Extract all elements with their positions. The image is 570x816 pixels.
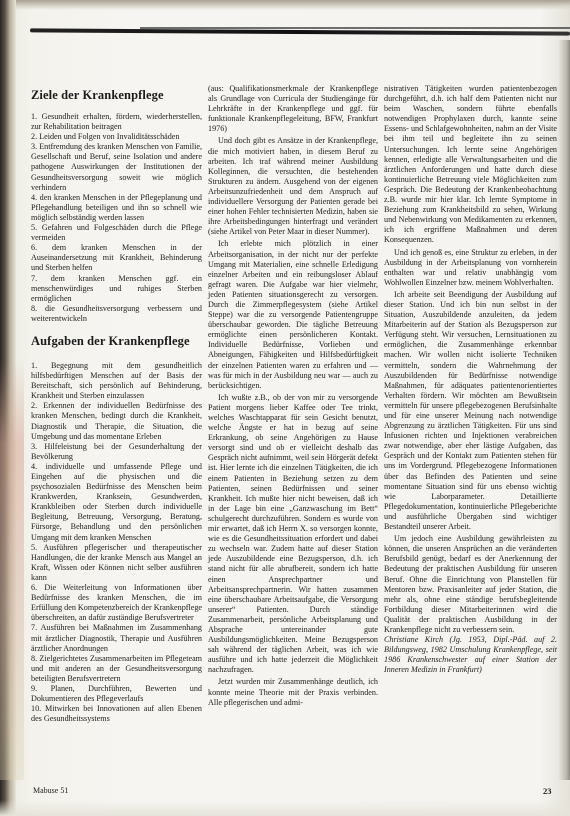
- task-item: 10. Mitwirken bei Innovationen auf allen…: [31, 704, 202, 724]
- body-paragraph: Jetzt wurden mir Zusammenhänge deutlich,…: [208, 677, 378, 707]
- tasks-list: 1. Begegnung mit dem gesundheitlich hilf…: [31, 361, 202, 724]
- body-paragraph: nistrativen Tätigkeiten wurden patienten…: [384, 84, 557, 246]
- task-item: 1. Begegnung mit dem gesundheitlich hilf…: [31, 361, 202, 401]
- goal-item: 6. dem kranken Menschen in der Auseinand…: [31, 243, 202, 273]
- header-rule: [30, 28, 570, 35]
- middle-column: (aus: Qualifikationsmerkmale der Kranken…: [208, 84, 378, 708]
- goal-item: 7. dem kranken Menschen ggf. ein mensche…: [31, 274, 202, 304]
- body-paragraph: Ich arbeite seit Beendigung der Ausbildu…: [384, 290, 557, 532]
- right-column: nistrativen Tätigkeiten wurden patienten…: [384, 84, 557, 675]
- heading-tasks: Aufgaben der Krankenpflege: [31, 334, 202, 349]
- author-note: Christiane Kirch (Jg. 1953, Dipl.-Päd. a…: [384, 635, 557, 675]
- body-paragraph: Um jedoch eine Ausbildung gewährleisten …: [384, 534, 557, 635]
- goal-item: 4. den kranken Menschen in der Pflegepla…: [31, 193, 202, 223]
- task-item: 9. Planen, Durchführen, Bewerten und Dok…: [31, 684, 202, 704]
- goal-item: 2. Leiden und Folgen von Invaliditätssch…: [31, 132, 202, 142]
- task-item: 2. Erkennen der individuellen Bedürfniss…: [31, 401, 202, 441]
- body-paragraph: Und ich genoß es, eine Struktur zu erleb…: [384, 248, 557, 288]
- goal-item: 8. die Gesundheitsversorgung verbessern …: [31, 304, 202, 324]
- goal-item: 1. Gesundheit erhalten, fördern, wiederh…: [31, 112, 202, 132]
- left-column: Ziele der Krankenpflege 1. Gesundheit er…: [31, 88, 202, 724]
- goals-list: 1. Gesundheit erhalten, fördern, wiederh…: [31, 112, 202, 324]
- footer-publication: Mabuse 51: [33, 786, 68, 795]
- task-item: 8. Zielgerichtetes Zusammenarbeiten im P…: [31, 654, 202, 684]
- task-item: 4. individuelle und umfassende Pflege un…: [31, 462, 202, 543]
- page-right-edge: [558, 40, 570, 780]
- body-paragraph: Und doch gibt es Ansätze in der Krankenp…: [208, 136, 378, 237]
- goal-item: 5. Gefahren und Folgeschäden durch die P…: [31, 223, 202, 243]
- goal-item: 3. Entfremdung des kranken Menschen von …: [31, 142, 202, 192]
- heading-goals: Ziele der Krankenpflege: [31, 88, 202, 103]
- task-item: 6. Die Weiterleitung von Informationen ü…: [31, 583, 202, 623]
- page-top-edge: [0, 0, 570, 10]
- page-edge-tint: [0, 360, 24, 780]
- page-bottom-shade: [0, 800, 570, 816]
- source-citation: (aus: Qualifikationsmerkmale der Kranken…: [208, 84, 378, 134]
- body-paragraph: Ich erlebte mich plötzlich in einer Arbe…: [208, 239, 378, 390]
- document-page: Ziele der Krankenpflege 1. Gesundheit er…: [0, 0, 570, 816]
- task-item: 5. Ausführen pflegerischer und therapeut…: [31, 543, 202, 583]
- task-item: 3. Hilfeleistung bei der Gesunderhaltung…: [31, 442, 202, 462]
- body-paragraph: Ich wußte z.B., ob der von mir zu versor…: [208, 393, 378, 676]
- task-item: 7. Ausführen bei Maßnahmen im Zusammenha…: [31, 623, 202, 653]
- page-number: 23: [543, 786, 552, 796]
- header-rule-thin: [140, 27, 570, 29]
